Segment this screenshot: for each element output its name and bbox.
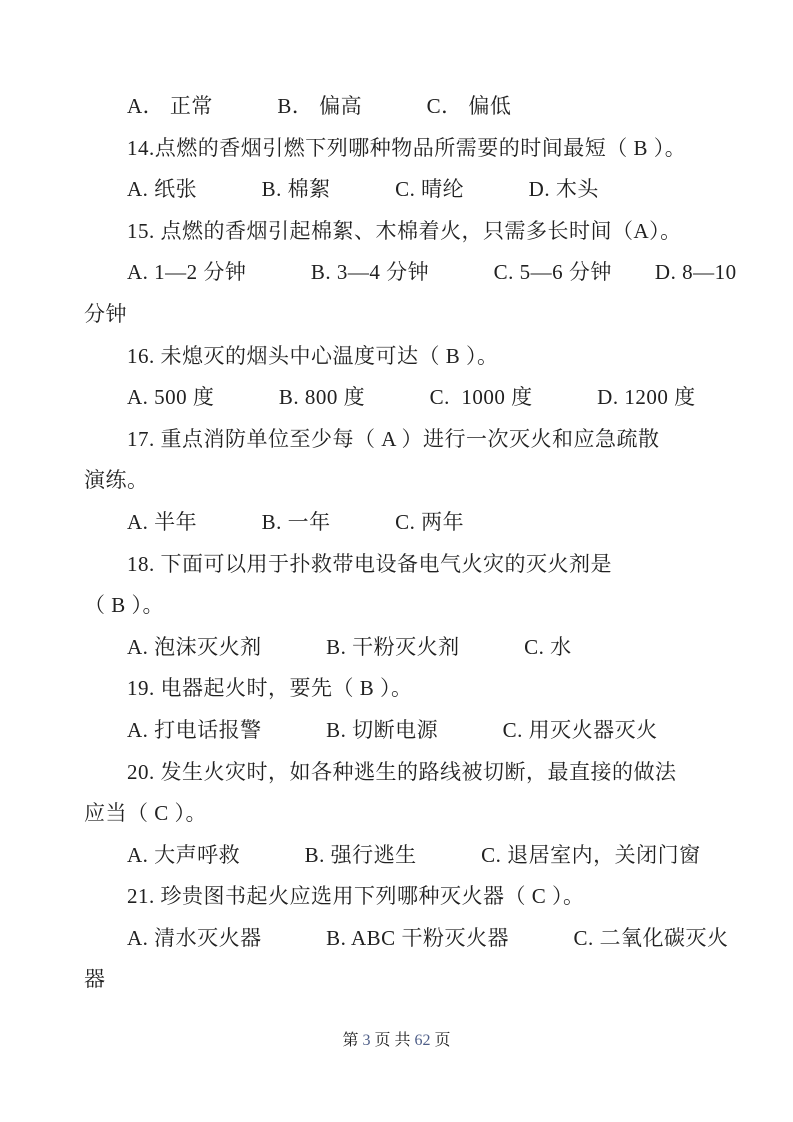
footer-mid-label: 页 共 — [370, 1032, 414, 1049]
q15-question-line: 15. 点燃的香烟引起棉絮、木棉着火，只需多长时间（A）。 — [84, 211, 724, 253]
document-page: A． 正常 B． 偏高 C． 偏低 14.点燃的香烟引燃下列哪种物品所需要的时间… — [0, 0, 793, 1122]
q16-options-line: A. 500 度 B. 800 度 C. 1000 度 D. 1200 度 — [84, 377, 724, 419]
q15-options-line-2: 分钟 — [84, 294, 724, 336]
q20-options-line: A. 大声呼救 B. 强行逃生 C. 退居室内，关闭门窗 — [84, 835, 724, 877]
q18-options-line: A. 泡沫灭火剂 B. 干粉灭火剂 C. 水 — [84, 627, 724, 669]
q18-question-line-2: （ B ）。 — [84, 585, 724, 627]
q14-options-line: A. 纸张 B. 棉絮 C. 晴纶 D. 木头 — [84, 169, 724, 211]
footer-total-pages: 62 — [415, 1032, 431, 1049]
q19-options-line: A. 打电话报警 B. 切断电源 C. 用灭火器灭火 — [84, 710, 724, 752]
footer-suffix-label: 页 — [431, 1032, 451, 1049]
q17-question-line-1: 17. 重点消防单位至少每（ A ）进行一次灭火和应急疏散 — [84, 419, 724, 461]
q20-question-line-2: 应当（ C ）。 — [84, 793, 724, 835]
q20-question-line-1: 20. 发生火灾时，如各种逃生的路线被切断，最直接的做法 — [84, 752, 724, 794]
q21-options-line-2: 器 — [84, 959, 724, 1001]
q15-options-line-1: A. 1—2 分钟 B. 3—4 分钟 C. 5—6 分钟 D. 8—10 — [84, 252, 724, 294]
q18-question-line-1: 18. 下面可以用于扑救带电设备电气火灾的灭火剂是 — [84, 544, 724, 586]
q17-options-line: A. 半年 B. 一年 C. 两年 — [84, 502, 724, 544]
q19-question-line: 19. 电器起火时，要先（ B ）。 — [84, 668, 724, 710]
q17-question-line-2: 演练。 — [84, 460, 724, 502]
document-body: A． 正常 B． 偏高 C． 偏低 14.点燃的香烟引燃下列哪种物品所需要的时间… — [84, 86, 724, 1001]
footer-prefix-label: 第 — [342, 1032, 362, 1049]
q16-question-line: 16. 未熄灭的烟头中心温度可达（ B ）。 — [84, 336, 724, 378]
page-footer: 第 3 页 共 62 页 — [0, 1030, 793, 1052]
q21-options-line-1: A. 清水灭火器 B. ABC 干粉灭火器 C. 二氧化碳灭火 — [84, 918, 724, 960]
q21-question-line: 21. 珍贵图书起火应选用下列哪种灭火器（ C ）。 — [84, 876, 724, 918]
q14-question-line: 14.点燃的香烟引燃下列哪种物品所需要的时间最短（ B ）。 — [84, 128, 724, 170]
q13-options-line: A． 正常 B． 偏高 C． 偏低 — [84, 86, 724, 128]
